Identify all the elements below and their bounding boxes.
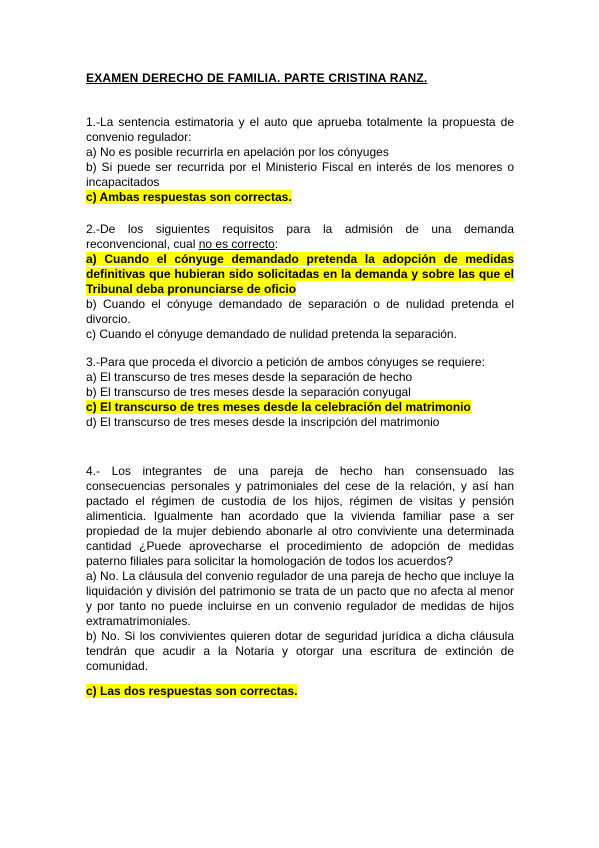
question-1: 1.-La sentencia estimatoria y el auto qu…	[86, 115, 514, 205]
question-2: 2.-De los siguientes requisitos para la …	[86, 222, 514, 342]
highlighted-correct-answer: c) Ambas respuestas son correctas.	[86, 190, 292, 204]
question-3-answer-c: c) El transcurso de tres meses desde la …	[86, 400, 514, 415]
question-1-prompt: 1.-La sentencia estimatoria y el auto qu…	[86, 115, 514, 145]
question-3-answer-d: d) El transcurso de tres meses desde la …	[86, 415, 514, 430]
question-2-prompt-underlined: no es correcto	[199, 237, 275, 251]
question-2-prompt-start: 2.-De los siguientes requisitos para la …	[86, 222, 514, 251]
page-title: EXAMEN DERECHO DE FAMILIA. PARTE CRISTIN…	[86, 71, 514, 86]
question-4-answer-c: c) Las dos respuestas son correctas.	[86, 684, 514, 699]
question-2-answer-c: c) Cuando el cónyuge demandado de nulida…	[86, 327, 514, 342]
question-1-answer-c: c) Ambas respuestas son correctas.	[86, 190, 514, 205]
question-3-answer-a: a) El transcurso de tres meses desde la …	[86, 370, 514, 385]
highlighted-correct-answer: c) Las dos respuestas son correctas.	[86, 684, 297, 698]
question-3: 3.-Para que proceda el divorcio a petici…	[86, 355, 514, 430]
question-2-prompt-end: :	[275, 237, 278, 251]
question-1-answer-b: b) Si puede ser recurrida por el Ministe…	[86, 160, 514, 190]
question-3-prompt: 3.-Para que proceda el divorcio a petici…	[86, 355, 514, 370]
question-1-answer-a: a) No es posible recurrirla en apelación…	[86, 145, 514, 160]
question-4: 4.- Los integrantes de una pareja de hec…	[86, 464, 514, 699]
question-3-answer-b: b) El transcurso de tres meses desde la …	[86, 385, 514, 400]
exam-document-page: EXAMEN DERECHO DE FAMILIA. PARTE CRISTIN…	[0, 0, 599, 848]
question-4-answer-a: a) No. La cláusula del convenio regulado…	[86, 569, 514, 629]
question-4-answer-b: b) No. Si los convivientes quieren dotar…	[86, 629, 514, 674]
question-2-prompt: 2.-De los siguientes requisitos para la …	[86, 222, 514, 252]
question-2-answer-a: a) Cuando el cónyuge demandado pretenda …	[86, 252, 514, 297]
highlighted-correct-answer: c) El transcurso de tres meses desde la …	[86, 400, 471, 414]
question-2-answer-b: b) Cuando el cónyuge demandado de separa…	[86, 297, 514, 327]
highlighted-correct-answer: a) Cuando el cónyuge demandado pretenda …	[86, 252, 514, 296]
question-4-prompt: 4.- Los integrantes de una pareja de hec…	[86, 464, 514, 569]
